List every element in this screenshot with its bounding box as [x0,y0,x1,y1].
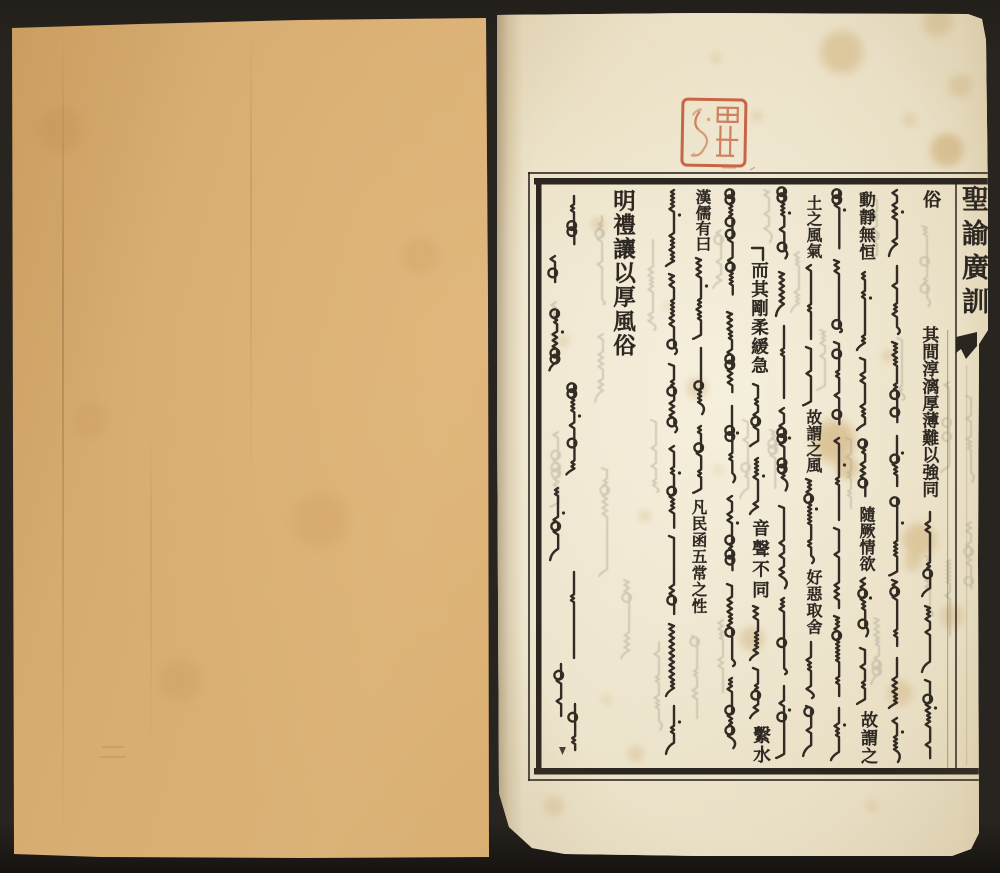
foxing-stain [286,486,354,554]
foxing-stain [70,400,110,440]
faint-impression [100,756,126,758]
foxing-stain [398,233,442,277]
paper-crease [150,430,152,760]
paper-crease [250,20,252,500]
book-scan: 聖諭廣訓 明禮讓以厚風俗 俗其間淳漓厚薄難以強同動靜無恒土之風氣漢儒有曰而其剛柔… [0,0,1000,873]
paper-crease [62,26,64,854]
foxing-stain [34,104,86,156]
faint-impression [102,746,124,748]
page-aging-vignette [497,14,988,856]
foxing-stain [154,654,206,706]
